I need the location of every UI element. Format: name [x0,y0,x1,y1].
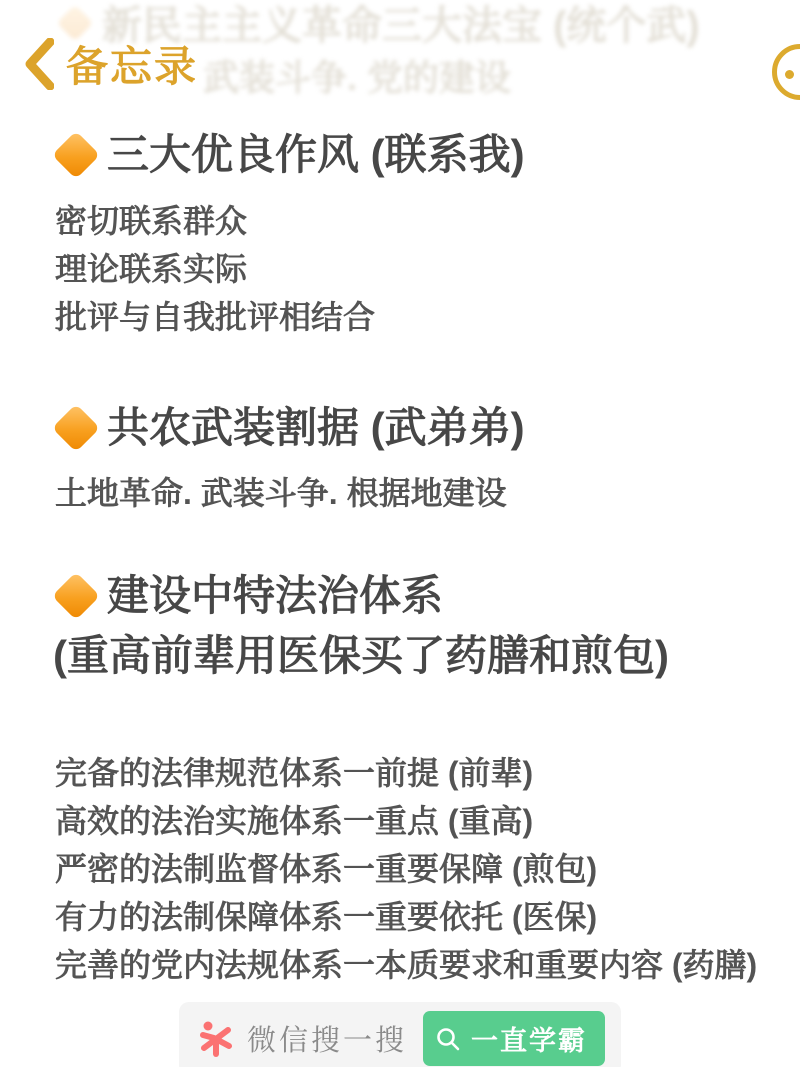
orange-diamond-bullet-icon [52,572,100,620]
note-line: 密切联系群众 [55,197,792,245]
section-heading: 建设中特法治体系 [55,569,792,624]
section-heading: 三大优良作风 (联系我) [55,128,792,183]
section-title: 三大优良作风 (联系我) [107,128,525,183]
note-line: 有力的法制保障体系一重要依托 (医保) [55,893,792,941]
section-title: 建设中特法治体系 [107,569,443,624]
nav-header: 备忘录 [24,34,198,94]
section-title: 共农武装割据 (武弟弟) [107,401,525,456]
search-account-button[interactable]: 一直学霸 [423,1011,605,1066]
ghost-text: 武装斗争. 党的建设 [203,57,511,98]
search-magnifier-icon [435,1026,461,1052]
section-items: 密切联系群众 理论联系实际 批评与自我批评相结合 [55,197,792,341]
note-line: 严密的法制监督体系一重要保障 (煎包) [55,845,792,893]
note-content: 三大优良作风 (联系我) 密切联系群众 理论联系实际 批评与自我批评相结合 共农… [55,128,792,989]
section-items: 土地革命. 武装斗争. 根据地建设 [55,469,792,517]
compose-circle-icon[interactable] [772,44,800,100]
note-line: 土地革命. 武装斗争. 根据地建设 [55,469,792,517]
orange-diamond-bullet-icon [52,404,100,452]
search-button-label: 一直学霸 [471,1019,587,1058]
section-heading: 共农武装割据 (武弟弟) [55,401,792,456]
note-line: 高效的法治实施体系一重点 (重高) [55,797,792,845]
compose-circle-dot [785,70,794,79]
section-subtitle: (重高前辈用医保买了药膳和煎包) [53,624,792,687]
wechat-sou-burst-icon [197,1020,235,1058]
back-chevron-icon[interactable] [24,38,54,90]
wechat-search-label: 微信搜一搜 [247,1018,407,1059]
note-line: 完善的党内法规体系一本质要求和重要内容 (药膳) [55,941,792,989]
memo-app-page: 新民主主义革命三大法宝 (统个武) 武装斗争. 党的建设 备忘录 三大优良作风 … [0,0,800,1067]
note-line: 理论联系实际 [55,245,792,293]
section-items: 完备的法律规范体系一前提 (前辈) 高效的法治实施体系一重点 (重高) 严密的法… [55,749,792,989]
note-line: 完备的法律规范体系一前提 (前辈) [55,749,792,797]
back-button-label[interactable]: 备忘录 [66,34,198,94]
wechat-search-bar: 微信搜一搜 一直学霸 [179,1002,621,1067]
ghost-line: 武装斗争. 党的建设 [203,50,511,101]
orange-diamond-bullet-icon [52,131,100,179]
note-line: 批评与自我批评相结合 [55,293,792,341]
